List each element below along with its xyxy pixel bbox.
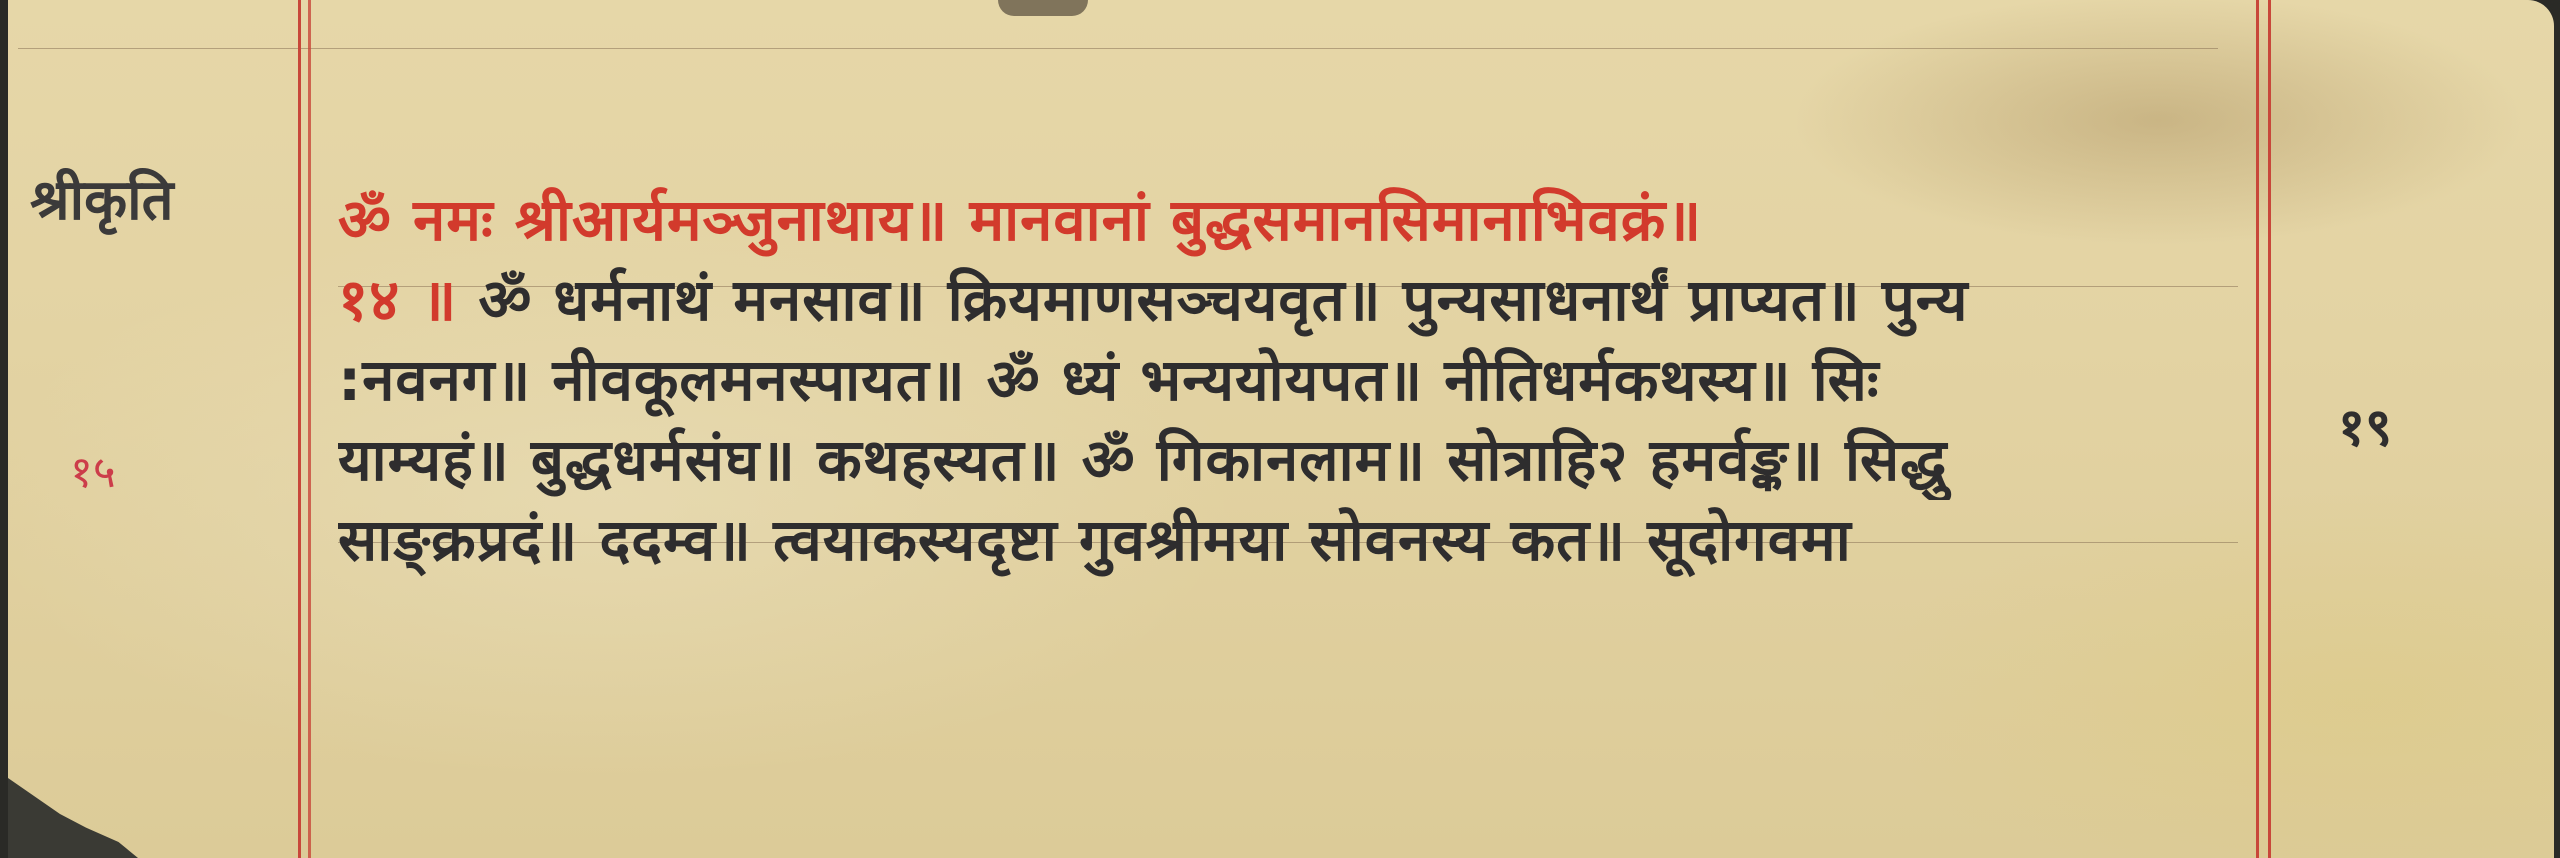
text-line-1: १४ ॥ ॐ धर्मनाथं मनसाव॥ क्रियमाणसञ्चयवृत॥…	[338, 260, 2268, 340]
text-line-3: याम्यहं॥ बुद्धधर्मसंघ॥ कथहस्यत॥ ॐ गिकानल…	[338, 420, 2268, 500]
manuscript-folio: श्रीकृति १५ १९ ॐ नमः श्रीआर्यमञ्जुनाथाय॥…	[8, 0, 2554, 858]
folio-number-right: १९	[2338, 390, 2392, 461]
text-line-4: साङ्क्रप्रदं॥ ददम्व॥ त्वयाकस्यदृष्टा गुव…	[338, 500, 2268, 580]
margin-title-note: श्रीकृति	[30, 160, 174, 236]
line-text: ॐ धर्मनाथं मनसाव॥ क्रियमाणसञ्चयवृत॥ पुन्…	[478, 266, 1968, 334]
text-line-2: :नवनग॥ नीवकूलमनस्पायत॥ ॐ ध्यं भन्ययोयपत॥…	[338, 340, 2268, 420]
torn-corner	[8, 778, 138, 858]
text-block: ॐ नमः श्रीआर्यमञ्जुनाथाय॥ मानवानां बुद्ध…	[338, 180, 2268, 580]
ink-stain	[998, 0, 1088, 16]
left-margin-ruling-inner	[308, 0, 311, 858]
top-ruling-line	[18, 48, 2218, 49]
rubric-line: ॐ नमः श्रीआर्यमञ्जुनाथाय॥ मानवानां बुद्ध…	[338, 180, 2268, 260]
right-margin-ruling-outer	[2268, 0, 2271, 858]
verse-number: १४ ॥	[338, 266, 457, 334]
folio-number-left: १५	[70, 440, 116, 500]
left-margin-ruling-outer	[298, 0, 301, 858]
